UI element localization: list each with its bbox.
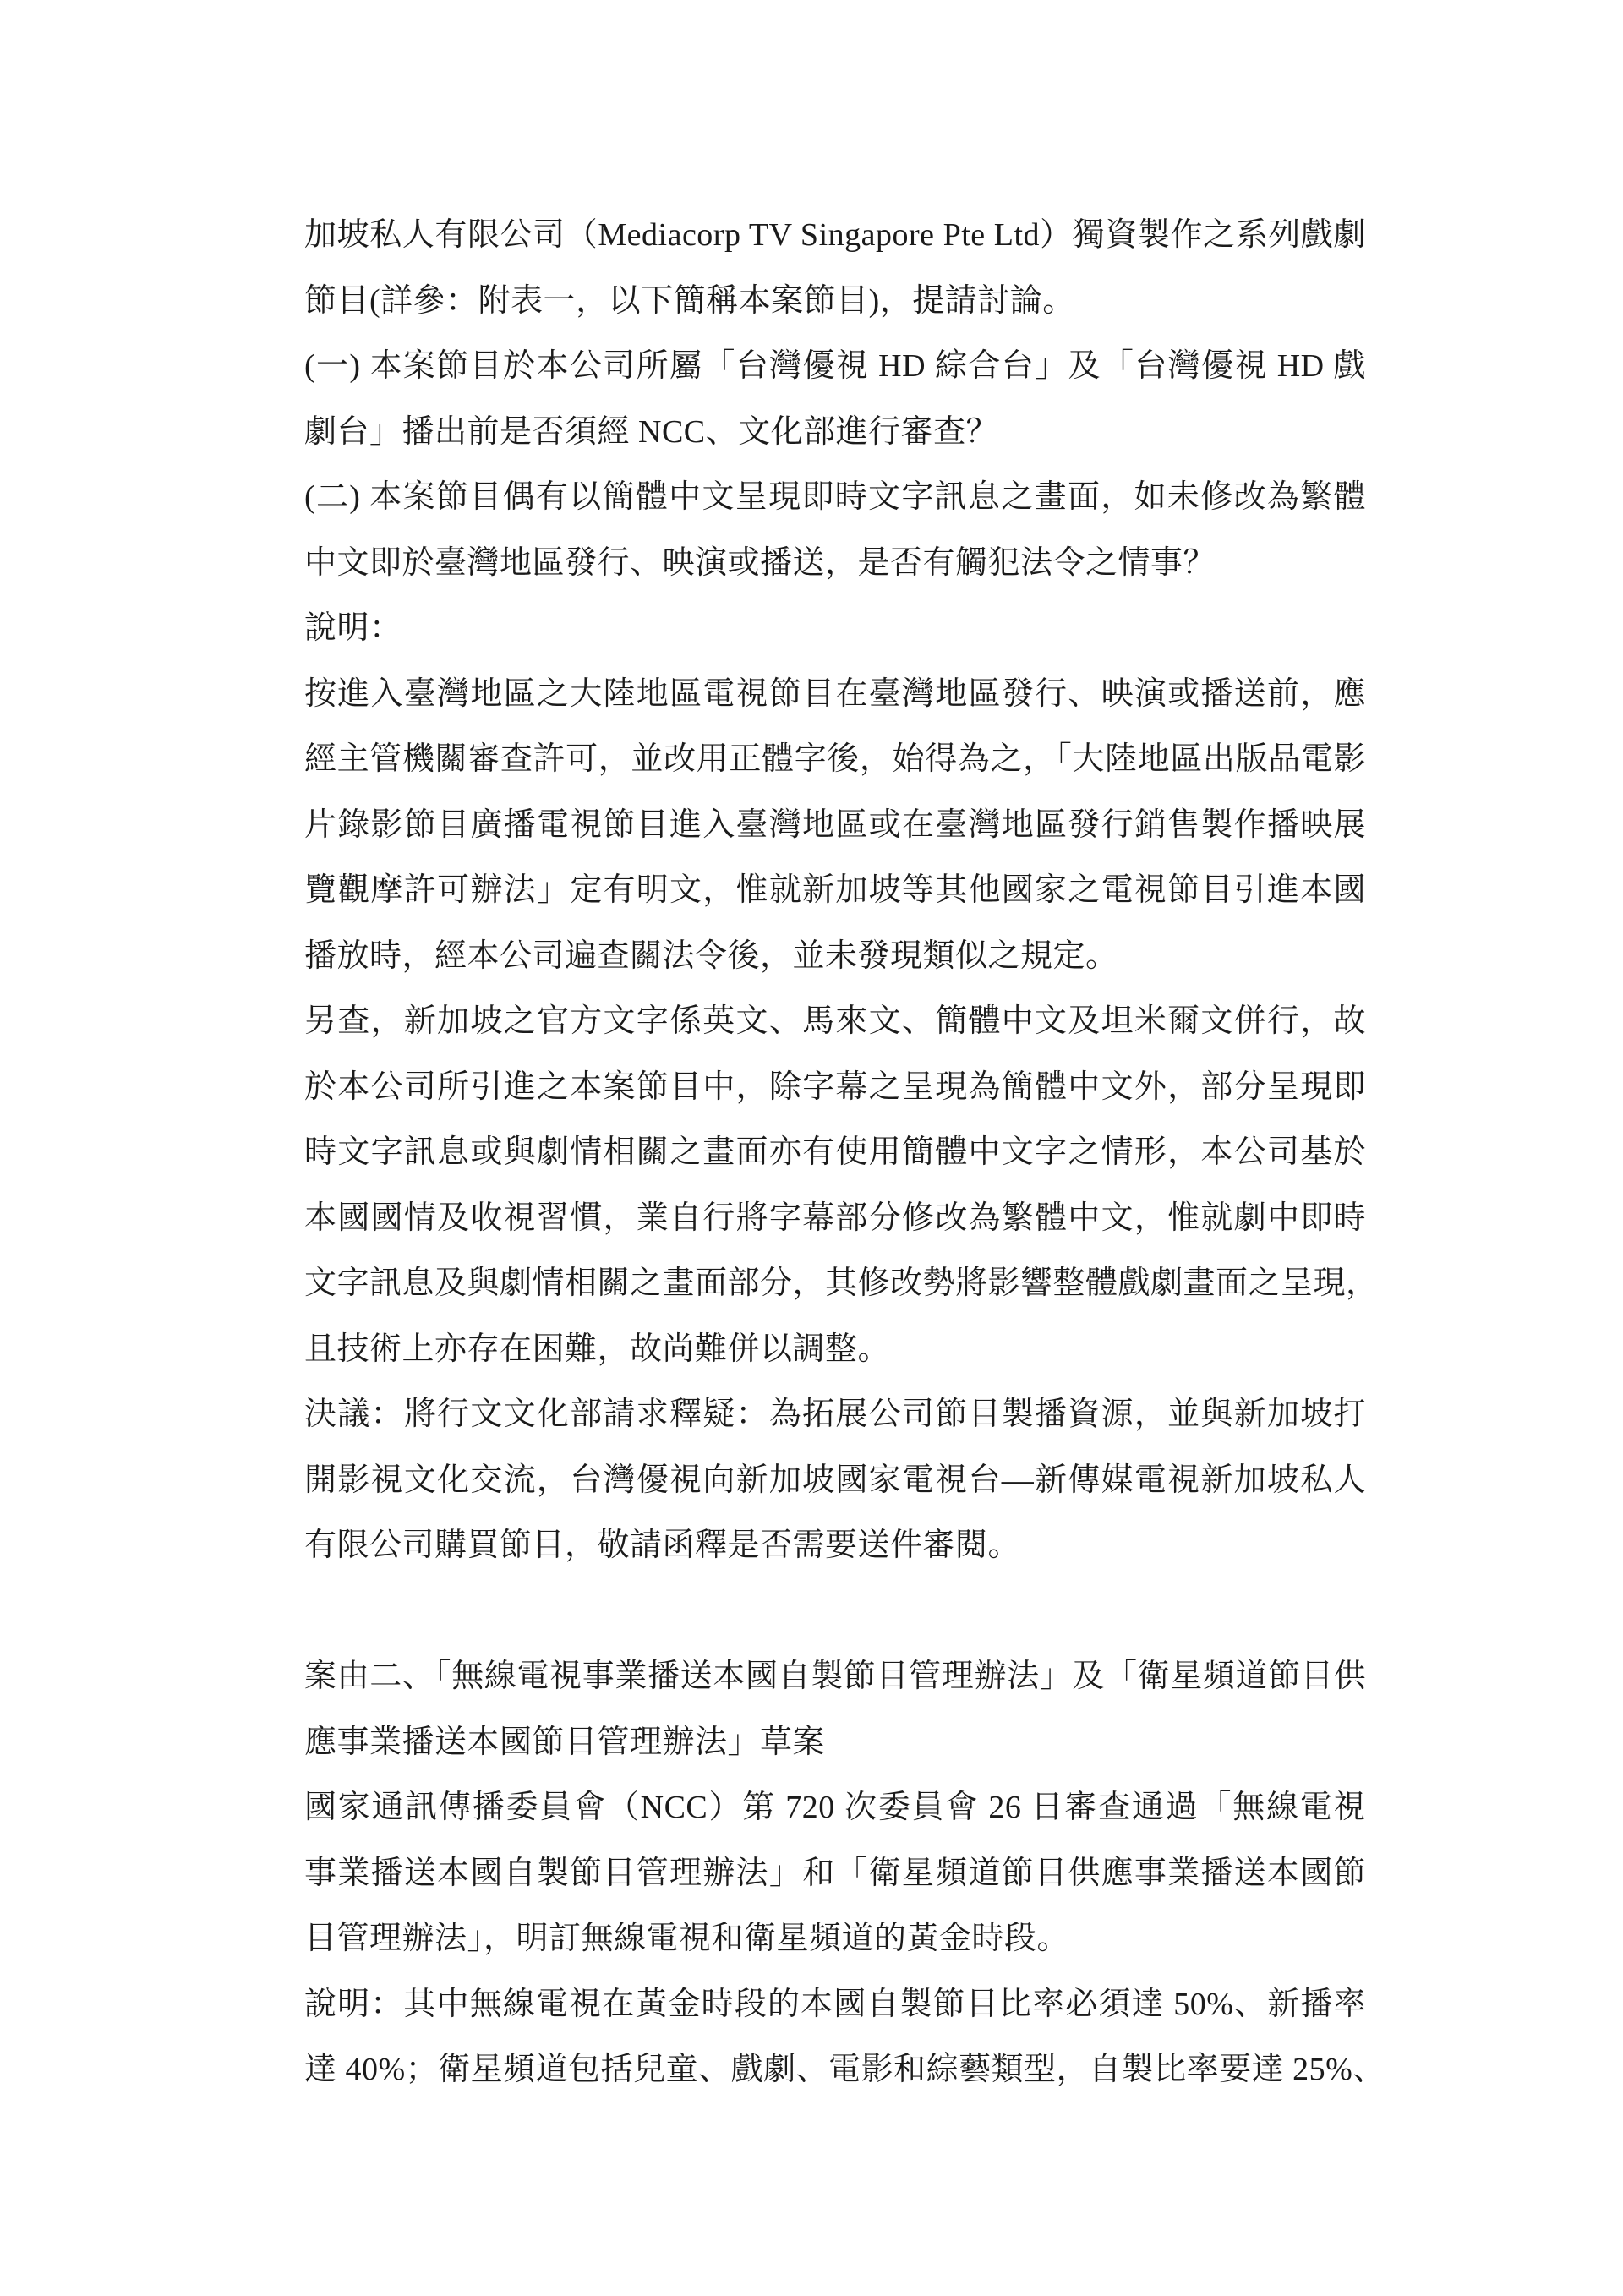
text-line: 且技術上亦存在困難，故尚難併以調整。 xyxy=(304,1317,1366,1383)
text-line: 事業播送本國自製節目管理辦法」和「衛星頻道節目供應事業播送本國節 xyxy=(304,1841,1366,1907)
text-line: 劇台」播出前是否須經 NCC、文化部進行審查？ xyxy=(304,400,1366,466)
text-line: 國家通訊傳播委員會（NCC）第 720 次委員會 26 日審查通過「無線電視 xyxy=(304,1775,1366,1841)
text-line: 有限公司購買節目，敬請函釋是否需要送件審閱。 xyxy=(304,1513,1366,1579)
text-line: 應事業播送本國節目管理辦法」草案 xyxy=(304,1710,1366,1776)
text-line: 於本公司所引進之本案節目中，除字幕之呈現為簡體中文外，部分呈現即 xyxy=(304,1055,1366,1121)
text-line: 達 40%；衛星頻道包括兒童、戲劇、電影和綜藝類型，自製比率要達 25%、 xyxy=(304,2037,1366,2103)
blank-line xyxy=(304,1579,1366,1645)
text-line: 中文即於臺灣地區發行、映演或播送，是否有觸犯法令之情事？ xyxy=(304,531,1366,597)
text-line: 按進入臺灣地區之大陸地區電視節目在臺灣地區發行、映演或播送前，應 xyxy=(304,662,1366,728)
text-line: (一) 本案節目於本公司所屬「台灣優視 HD 綜合台」及「台灣優視 HD 戲 xyxy=(304,334,1366,400)
text-line: 說明： xyxy=(304,596,1366,662)
text-line: 案由二、「無線電視事業播送本國自製節目管理辦法」及「衛星頻道節目供 xyxy=(304,1644,1366,1710)
text-line: 加坡私人有限公司（Mediacorp TV Singapore Pte Ltd）… xyxy=(304,203,1366,269)
text-line: 決議：將行文文化部請求釋疑：為拓展公司節目製播資源，並與新加坡打 xyxy=(304,1382,1366,1448)
text-line: 說明：其中無線電視在黃金時段的本國自製節目比率必須達 50%、新播率 xyxy=(304,1972,1366,2038)
text-line: 片錄影節目廣播電視節目進入臺灣地區或在臺灣地區發行銷售製作播映展 xyxy=(304,793,1366,859)
text-line: 本國國情及收視習慣，業自行將字幕部分修改為繁體中文，惟就劇中即時 xyxy=(304,1186,1366,1252)
text-line: 文字訊息及與劇情相關之畫面部分，其修改勢將影響整體戲劇畫面之呈現， xyxy=(304,1251,1366,1317)
text-line: 目管理辦法」，明訂無線電視和衛星頻道的黃金時段。 xyxy=(304,1906,1366,1972)
document-page: 加坡私人有限公司（Mediacorp TV Singapore Pte Ltd）… xyxy=(0,0,1623,2296)
text-line: 時文字訊息或與劇情相關之畫面亦有使用簡體中文字之情形，本公司基於 xyxy=(304,1120,1366,1186)
text-line: 節目(詳參：附表一，以下簡稱本案節目)，提請討論。 xyxy=(304,269,1366,335)
text-line: 播放時，經本公司遍查關法令後，並未發現類似之規定。 xyxy=(304,924,1366,990)
document-text-block: 加坡私人有限公司（Mediacorp TV Singapore Pte Ltd）… xyxy=(304,203,1366,2103)
text-line: (二) 本案節目偶有以簡體中文呈現即時文字訊息之畫面，如未修改為繁體 xyxy=(304,465,1366,531)
text-line: 經主管機關審查許可，並改用正體字後，始得為之，「大陸地區出版品電影 xyxy=(304,727,1366,793)
text-line: 覽觀摩許可辦法」定有明文，惟就新加坡等其他國家之電視節目引進本國 xyxy=(304,858,1366,924)
text-line: 另查，新加坡之官方文字係英文、馬來文、簡體中文及坦米爾文併行，故 xyxy=(304,989,1366,1055)
text-line: 開影視文化交流，台灣優視向新加坡國家電視台—新傳媒電視新加坡私人 xyxy=(304,1448,1366,1514)
